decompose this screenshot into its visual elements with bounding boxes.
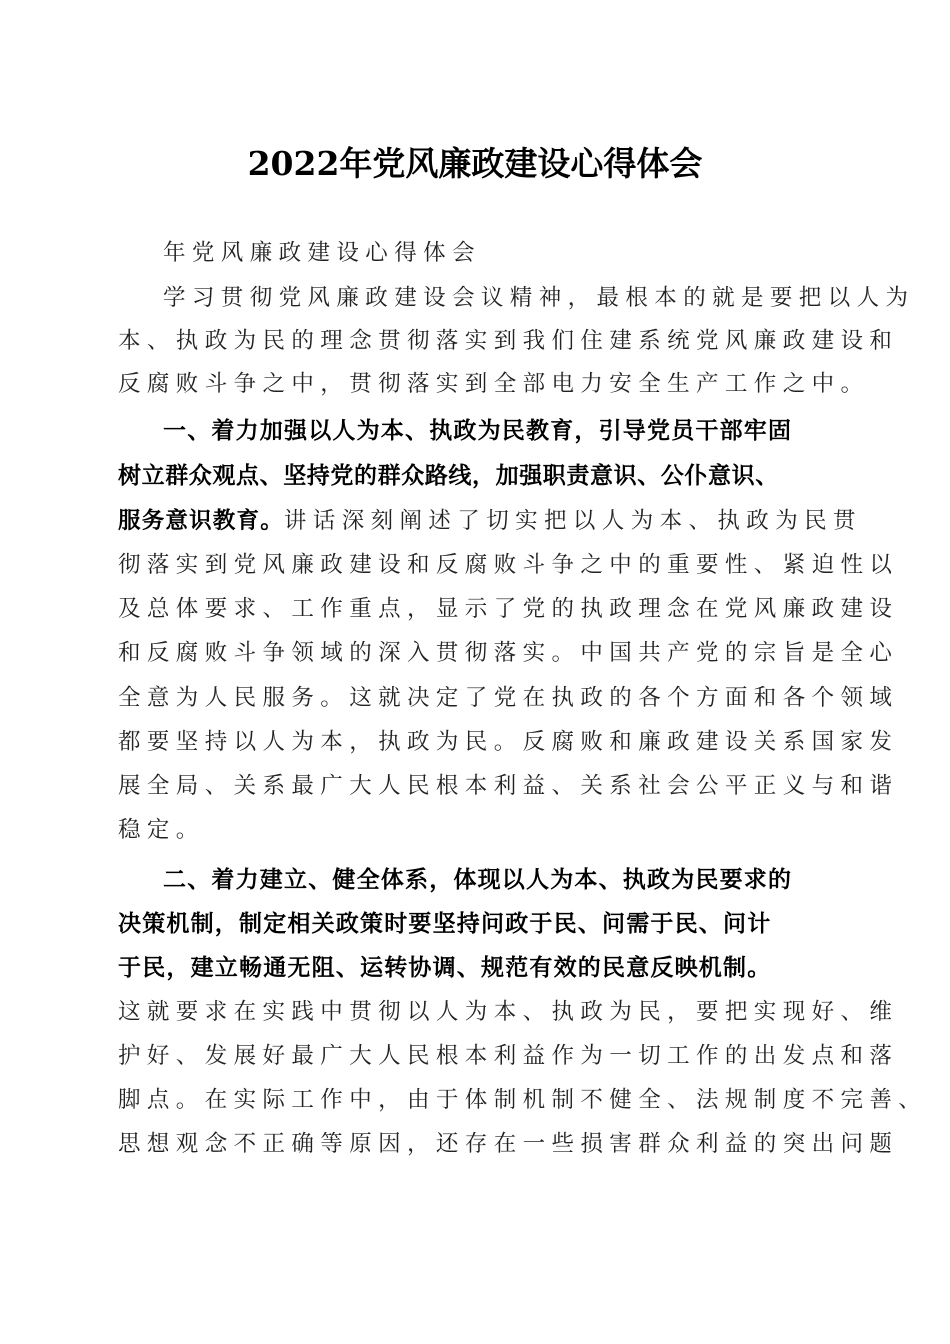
paragraph-line: 和反腐败斗争领域的深入贯彻落实。中国共产党的宗旨是全心 <box>118 638 838 668</box>
paragraph-line: 脚点。在实际工作中，由于体制机制不健全、法规制度不完善、 <box>118 1085 838 1115</box>
document-page: 2022年党风廉政建设心得体会 年党风廉政建设心得体会 学习贯彻党风廉政建设会议… <box>0 0 950 1344</box>
paragraph-line: 全意为人民服务。这就决定了党在执政的各个方面和各个领域 <box>118 683 838 713</box>
paragraph-line: 本、执政为民的理念贯彻落实到我们住建系统党风廉政建设和 <box>118 326 838 356</box>
heading-fragment: 服务意识教育。 <box>118 508 284 534</box>
paragraph-fragment: 讲话深刻阐述了切实把以人为本、执政为民贯 <box>284 508 862 534</box>
paragraph-line: 这就要求在实践中贯彻以人为本、执政为民，要把实现好、维 <box>118 997 838 1027</box>
heading-line: 于民，建立畅通无阻、运转协调、规范有效的民意反映机制。 <box>118 953 838 983</box>
subtitle-line: 年党风廉政建设心得体会 <box>163 238 883 268</box>
paragraph-line: 反腐败斗争之中，贯彻落实到全部电力安全生产工作之中。 <box>118 369 838 399</box>
paragraph-line: 及总体要求、工作重点，显示了党的执政理念在党风廉政建设 <box>118 594 838 624</box>
heading-line: 决策机制，制定相关政策时要坚持问政于民、问需于民、问计 <box>118 909 838 939</box>
paragraph-line: 都要坚持以人为本，执政为民。反腐败和廉政建设关系国家发 <box>118 727 838 757</box>
heading-line: 一、着力加强以人为本、执政为民教育，引导党员干部牢固 <box>163 416 883 446</box>
paragraph-line: 彻落实到党风廉政建设和反腐败斗争之中的重要性、紧迫性以 <box>118 550 838 580</box>
paragraph-line: 展全局、关系最广大人民根本利益、关系社会公平正义与和谐 <box>118 771 838 801</box>
paragraph-line: 学习贯彻党风廉政建设会议精神，最根本的就是要把以人为 <box>163 283 883 313</box>
paragraph-line: 稳定。 <box>118 815 838 845</box>
heading-line: 树立群众观点、坚持党的群众路线，加强职责意识、公仆意识、 <box>118 461 838 491</box>
mixed-line: 服务意识教育。讲话深刻阐述了切实把以人为本、执政为民贯 <box>118 506 838 536</box>
document-title: 2022年党风廉政建设心得体会 <box>0 138 950 185</box>
paragraph-line: 思想观念不正确等原因，还存在一些损害群众利益的突出问题 <box>118 1129 838 1159</box>
paragraph-line: 护好、发展好最广大人民根本利益作为一切工作的出发点和落 <box>118 1041 838 1071</box>
heading-line: 二、着力建立、健全体系，体现以人为本、执政为民要求的 <box>163 865 883 895</box>
